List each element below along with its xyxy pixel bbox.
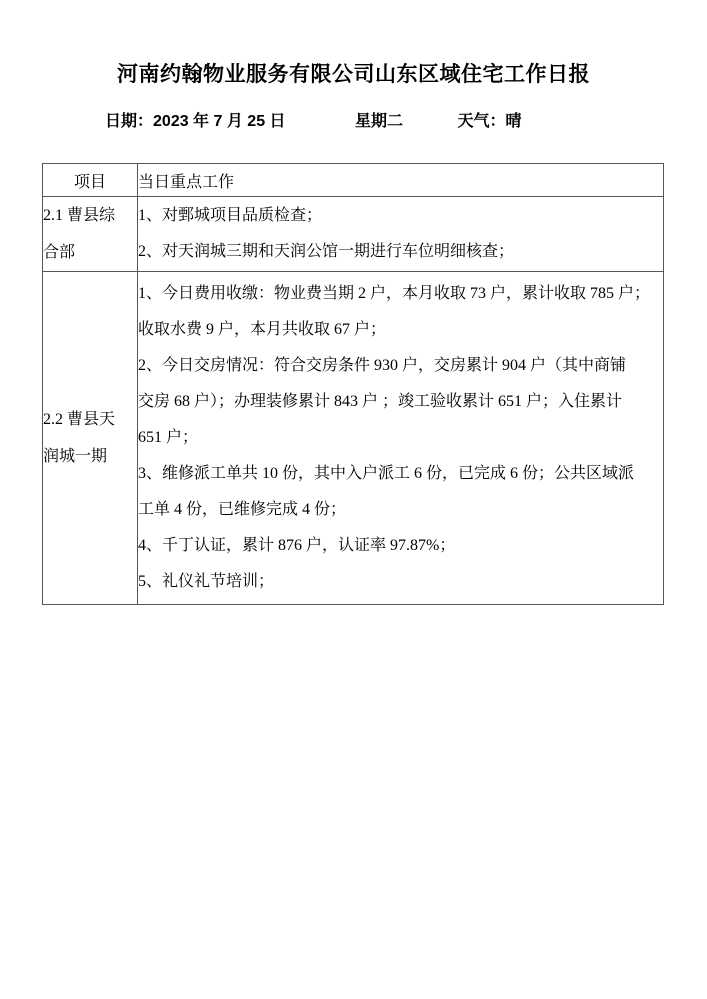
work-line: 2、对天润城三期和天润公馆一期进行车位明细核查； [138, 234, 663, 270]
project-line: 合部 [43, 234, 137, 271]
date-label: 日期： [105, 113, 153, 130]
table-header-row: 项目 当日重点工作 [43, 164, 664, 197]
work-line: 3、维修派工单共 10 份，其中入户派工 6 份，已完成 6 份；公共区域派 [138, 456, 663, 492]
column-header-project: 项目 [43, 164, 138, 197]
work-line: 1、今日费用收缴：物业费当期 2 户，本月收取 73 户，累计收取 785 户； [138, 276, 663, 312]
weather-value: 晴 [505, 113, 521, 130]
project-line: 润城一期 [43, 438, 137, 475]
project-line: 2.2 曹县天 [43, 401, 137, 438]
column-header-work: 当日重点工作 [138, 164, 664, 197]
weather-field: 天气：晴 [457, 113, 521, 130]
project-cell: 2.1 曹县综合部 [43, 197, 138, 272]
project-cell: 2.2 曹县天润城一期 [43, 272, 138, 605]
work-line: 2、今日交房情况：符合交房条件 930 户，交房累计 904 户（其中商铺 [138, 348, 663, 384]
work-line: 4、千丁认证，累计 876 户，认证率 97.87%； [138, 528, 663, 564]
page-title: 河南约翰物业服务有限公司山东区域住宅工作日报 [42, 60, 665, 90]
work-cell: 1、今日费用收缴：物业费当期 2 户，本月收取 73 户，累计收取 785 户；… [138, 272, 664, 605]
meta-line: 日期：2023 年 7 月 25 日 星期二 天气：晴 [105, 112, 665, 132]
table-row: 2.2 曹县天润城一期1、今日费用收缴：物业费当期 2 户，本月收取 73 户，… [43, 272, 664, 605]
work-line: 5、礼仪礼节培训； [138, 564, 663, 600]
report-table-body: 2.1 曹县综合部1、对鄄城项目品质检查；2、对天润城三期和天润公馆一期进行车位… [43, 197, 664, 605]
work-cell: 1、对鄄城项目品质检查；2、对天润城三期和天润公馆一期进行车位明细核查； [138, 197, 664, 272]
work-line: 收取水费 9 户，本月共收取 67 户； [138, 312, 663, 348]
work-line: 651 户； [138, 420, 663, 456]
daily-report-table: 项目 当日重点工作 2.1 曹县综合部1、对鄄城项目品质检查；2、对天润城三期和… [42, 163, 664, 605]
table-row: 2.1 曹县综合部1、对鄄城项目品质检查；2、对天润城三期和天润公馆一期进行车位… [43, 197, 664, 272]
date-field: 日期：2023 年 7 月 25 日 [105, 113, 286, 130]
work-line: 工单 4 份，已维修完成 4 份； [138, 492, 663, 528]
project-line: 2.1 曹县综 [43, 197, 137, 234]
weekday-value: 星期二 [355, 113, 403, 130]
date-value: 2023 年 7 月 25 日 [153, 113, 286, 130]
work-line: 交房 68 户）；办理装修累计 843 户 ；竣工验收累计 651 户；入住累计 [138, 384, 663, 420]
weather-label: 天气： [457, 113, 505, 130]
work-line: 1、对鄄城项目品质检查； [138, 198, 663, 234]
document-page: 河南约翰物业服务有限公司山东区域住宅工作日报 日期：2023 年 7 月 25 … [0, 0, 707, 999]
